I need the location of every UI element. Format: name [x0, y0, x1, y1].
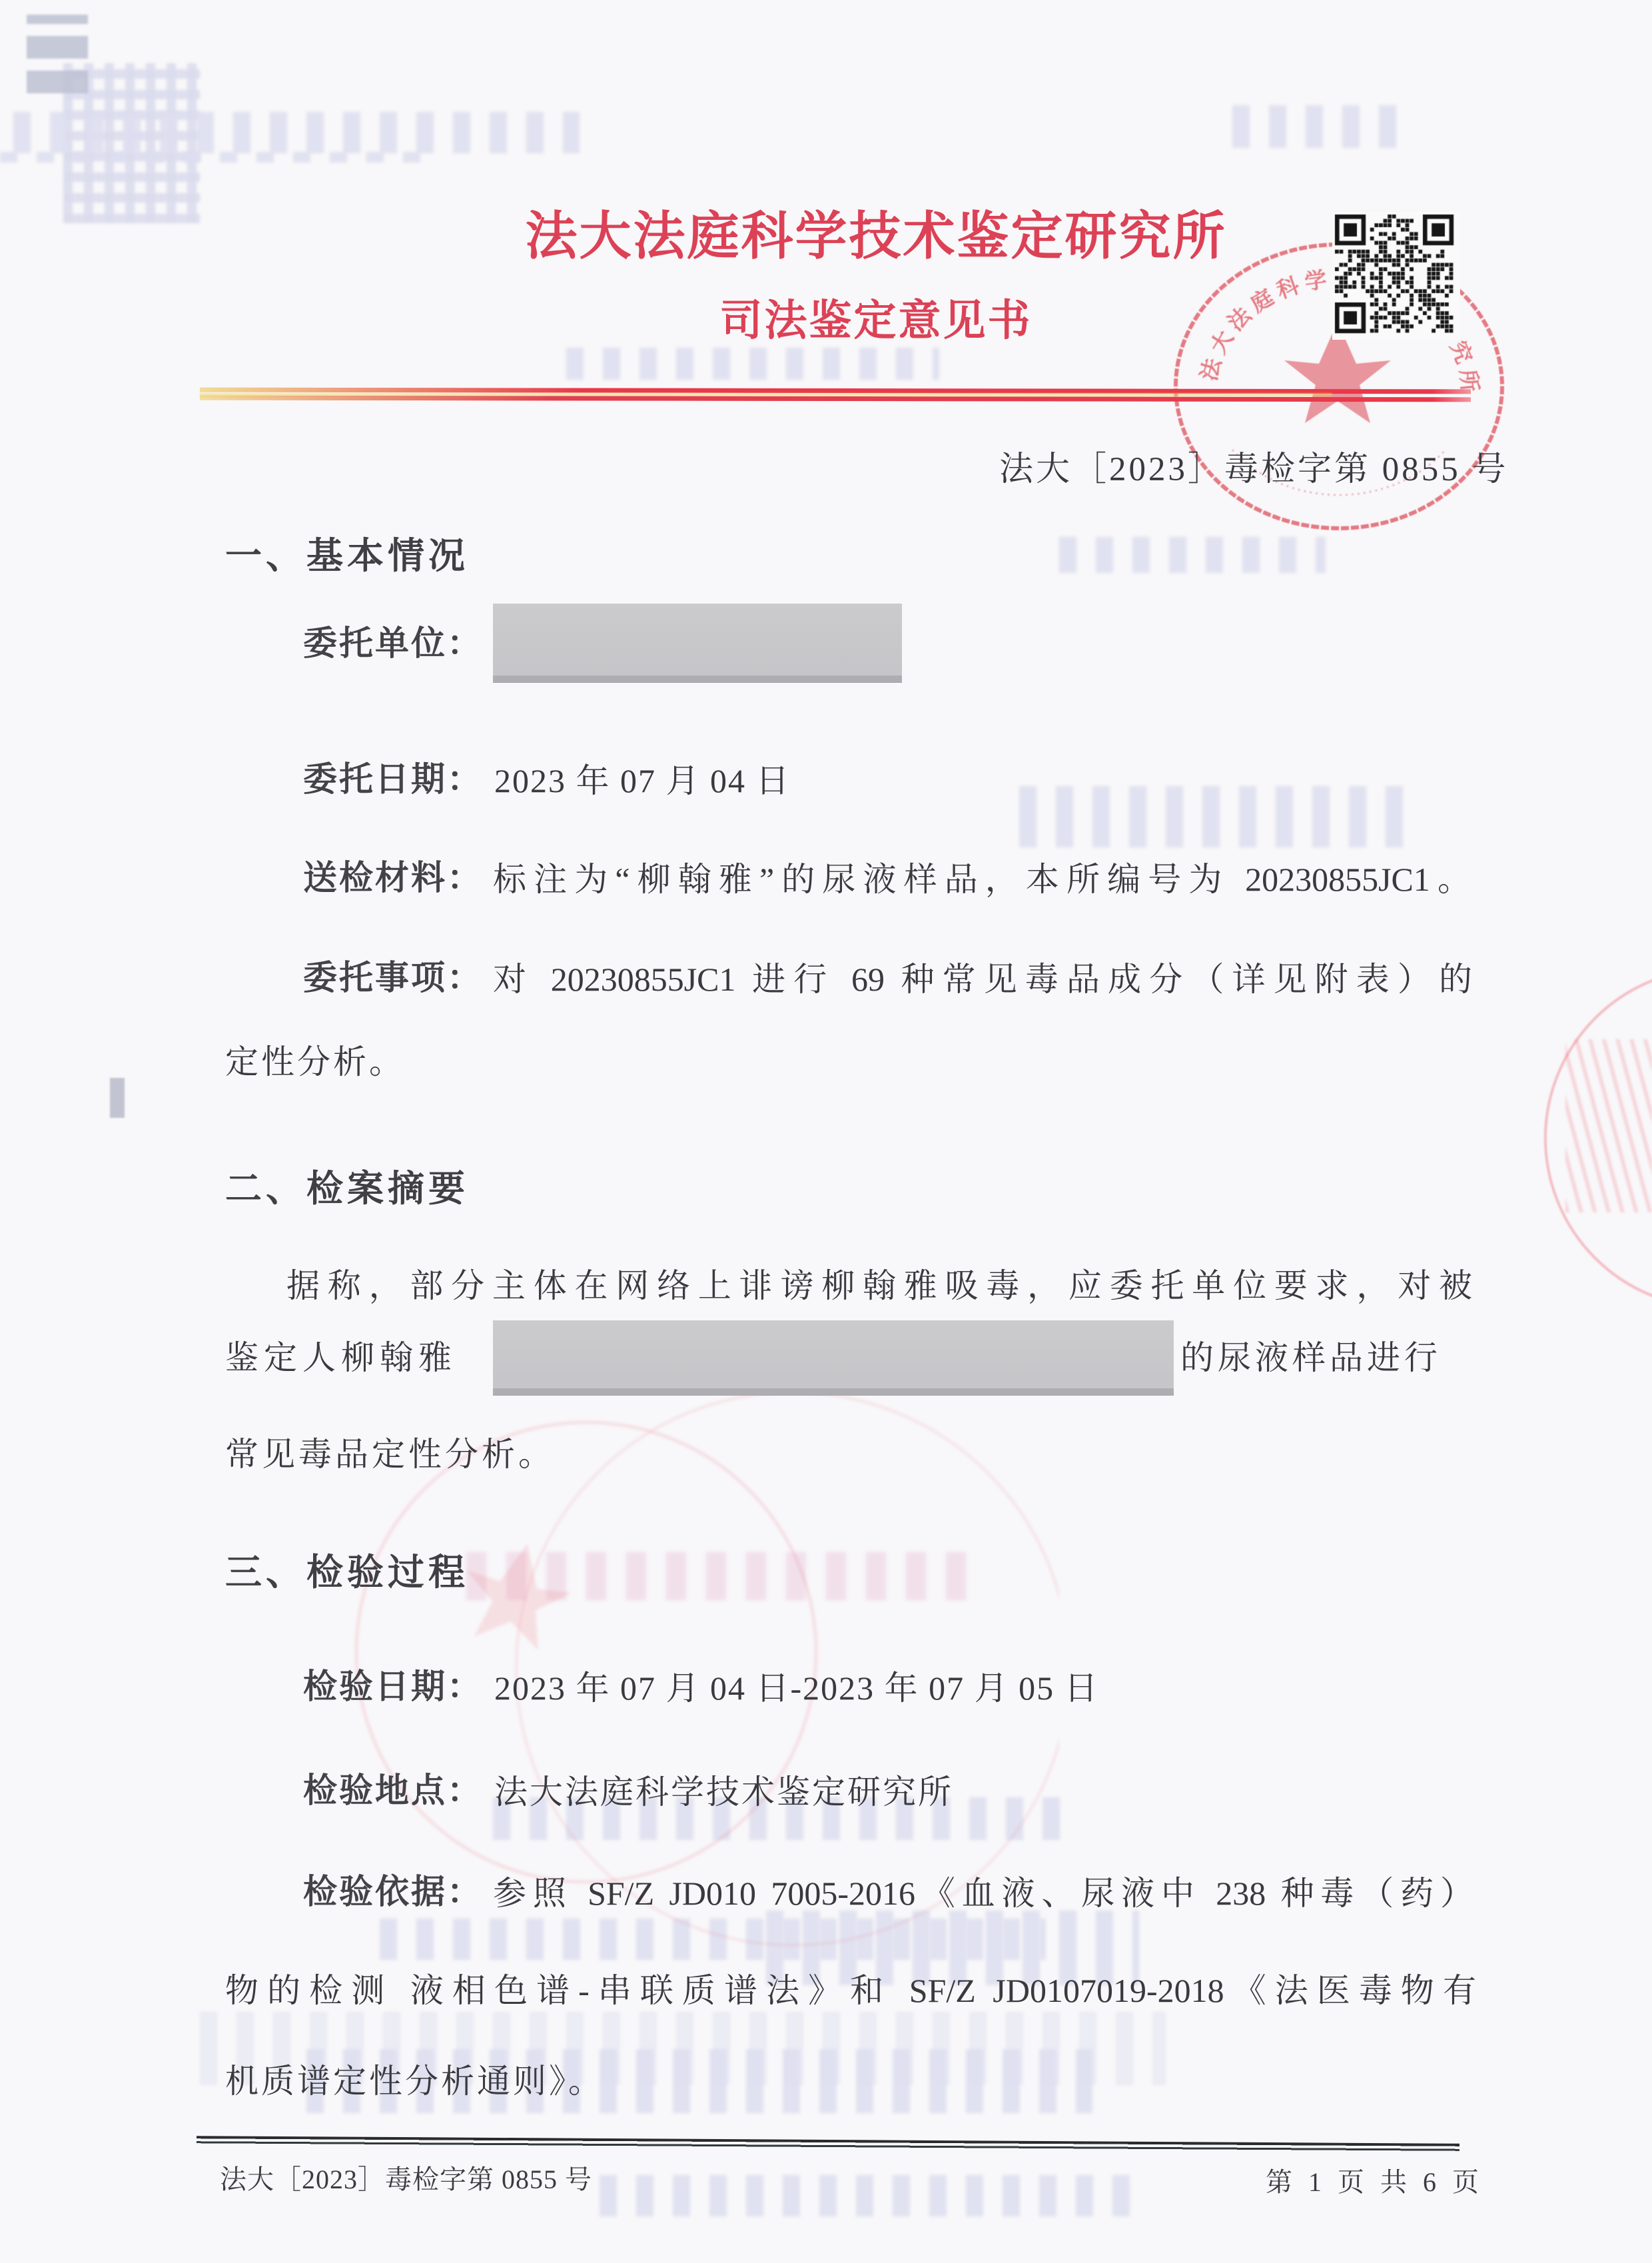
bleed-through-mark — [13, 112, 580, 153]
field-value-submitted-material: 标注为“柳翰雅”的尿液样品，本所编号为 20230855JC1。 — [493, 853, 1471, 901]
redaction-box-client-unit — [493, 604, 902, 682]
field-label-exam-basis: 检验依据： — [303, 1864, 483, 1913]
field-label-commission-matter: 委托事项： — [303, 950, 483, 999]
field-label-exam-date: 检验日期： — [303, 1659, 483, 1708]
footer-page-number: 第 1 页 共 6 页 — [1266, 2161, 1483, 2199]
case-summary-line3: 常见毒品定性分析。 — [225, 1428, 555, 1476]
footer-separator-line — [197, 2136, 1459, 2152]
field-label-exam-location: 检验地点： — [303, 1763, 483, 1812]
bleed-through-mark — [0, 152, 426, 163]
doc-type-title: 司法鉴定意见书 — [400, 286, 1352, 348]
field-label-client-unit: 委托单位： — [303, 616, 483, 665]
case-summary-line2-prefix: 鉴定人柳翰雅 — [225, 1331, 457, 1379]
field-value-commission-date: 2023 年 07 月 04 日 — [494, 754, 791, 802]
scanned-document-page: 法大法庭科学技术鉴定研究所 法大法庭科学技术鉴定研究所 司法鉴定意见书 法大［2… — [0, 0, 1652, 2263]
case-summary-line1: 据称，部分主体在网络上诽谤柳翰雅吸毒，应委托单位要求，对被 — [286, 1259, 1472, 1307]
field-value-exam-basis-line3: 机质谱定性分析通则》。 — [225, 2054, 604, 2102]
bleed-through-stamp-right-texture — [1565, 1039, 1652, 1212]
field-value-exam-location: 法大法庭科学技术鉴定研究所 — [494, 1765, 953, 1813]
bleed-through-mark — [1232, 105, 1412, 148]
bleed-through-mark — [566, 348, 939, 380]
qr-code — [1332, 212, 1460, 340]
bleed-through-mark — [1019, 786, 1406, 847]
field-value-exam-date: 2023 年 07 月 04 日-2023 年 07 月 05 日 — [494, 1661, 1099, 1709]
field-value-exam-basis-line2: 物的检测 液相色谱-串联质谱法》和 SF/Z JD0107019-2018《法医… — [225, 1964, 1476, 2012]
bleed-through-mark — [27, 15, 88, 93]
bleed-through-mark — [600, 2175, 1146, 2216]
section-heading-examination-process: 三、检验过程 — [225, 1543, 469, 1595]
footer-doc-number: 法大［2023］毒检字第 0855 号 — [220, 2158, 592, 2196]
bleed-through-mark — [110, 1078, 125, 1118]
doc-number: 法大［2023］毒检字第 0855 号 — [999, 441, 1509, 490]
ghost-star-icon — [454, 1533, 580, 1654]
redaction-box-person-info — [493, 1320, 1174, 1395]
field-value-commission-matter-line2: 定性分析。 — [225, 1035, 405, 1083]
case-summary-line2-suffix: 的尿液样品进行 — [1180, 1331, 1442, 1379]
red-scan-line-bottom — [200, 396, 1471, 402]
field-label-commission-date: 委托日期： — [303, 751, 483, 801]
section-heading-case-summary: 二、检案摘要 — [225, 1159, 469, 1212]
field-value-commission-matter: 对 20230855JC1 进行 69 种常见毒品成分（详见附表）的 — [493, 953, 1472, 1001]
field-label-submitted-material: 送检材料： — [303, 850, 483, 899]
section-heading-basic-info: 一、基本情况 — [225, 526, 469, 579]
field-value-exam-basis: 参照 SF/Z JD010 7005-2016《血液、尿液中 238 种毒（药） — [493, 1867, 1473, 1915]
org-title: 法大法庭科学技术鉴定研究所 — [400, 195, 1352, 269]
